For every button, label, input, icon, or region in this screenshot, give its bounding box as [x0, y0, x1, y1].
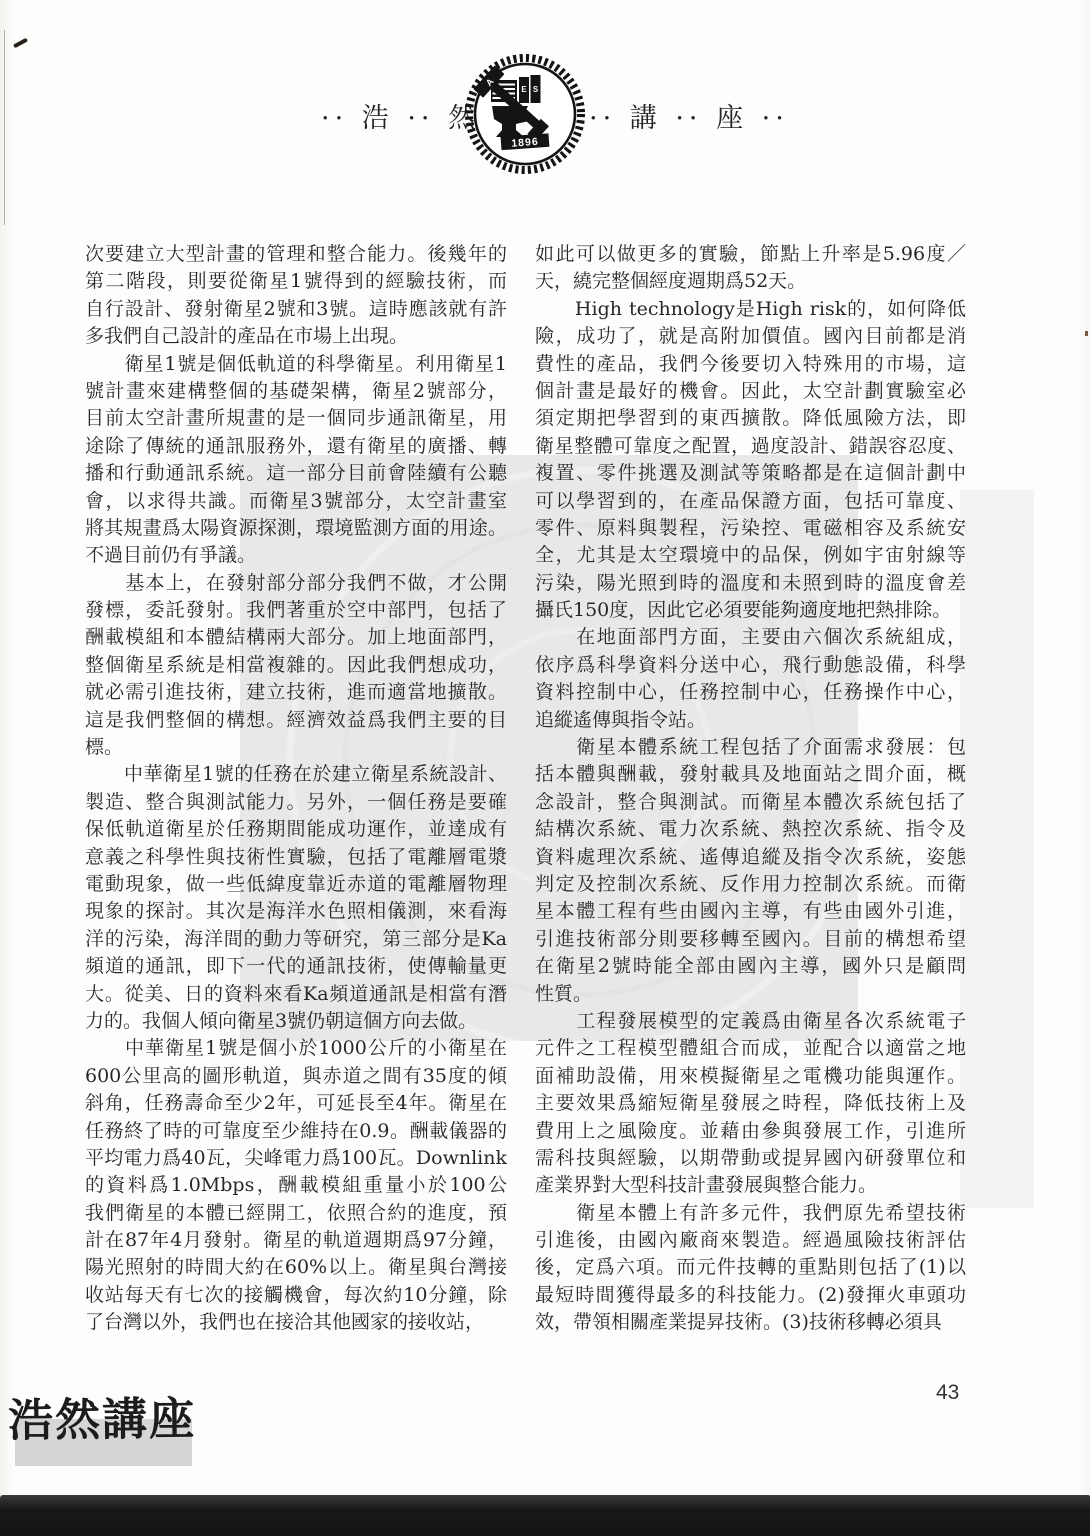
text-line: 斜角，任務壽命至少2年，可延長至4年。衛星在: [85, 1090, 507, 1117]
text-line: 力的。我個人傾向衛星3號仍朝這個方向去做。: [85, 1008, 507, 1035]
text-line: 追縱遙傳與指令站。: [535, 707, 966, 734]
text-line: 攝氏150度，因此它必須要能夠適度地把熱排除。: [535, 597, 966, 624]
watermark-right-strip: [960, 490, 1034, 1208]
text-line: 需科技與經驗，以期帶動或提昇國內研發單位和: [535, 1145, 966, 1172]
scanned-page: ·· 浩 ·· 然 ·· E S A: [0, 0, 1090, 1536]
text-line: 收站每天有七次的接觸機會，每次約10分鐘，除: [85, 1282, 507, 1309]
scan-edge-line: [4, 30, 5, 225]
text-line: 就必需引進技術，建立技術，進而適當地擴散。: [85, 679, 507, 706]
series-title-right: ·· 講 ·· 座 ··: [589, 96, 789, 135]
text-line: 陽光照射的時間大約在60%以上。衛星與台灣接: [85, 1254, 507, 1281]
text-line: 整個衛星系統是相當複雜的。因此我們想成功，: [85, 652, 507, 679]
text-line: 自行設計、發射衛星2號和3號。這時應該就有許: [85, 296, 507, 323]
text-line: 製造、整合與測試能力。另外，一個任務是要確: [85, 789, 507, 816]
seal-svg: E S A 1896: [462, 51, 588, 177]
text-line: 衛星本體系統工程包括了介面需求發展：包: [535, 734, 966, 761]
text-line: 費性的產品，我們今後要切入特殊用的市場，這: [535, 351, 966, 378]
text-line: 在衛星2號時能全部由國內主導，國外只是顧問: [535, 953, 966, 980]
page-number: 43: [936, 1381, 959, 1405]
text-line: 產業界對大型科技計畫發展與整合能力。: [535, 1172, 966, 1199]
text-line: 號計畫來建構整個的基礎架構，衛星2號部分，: [85, 378, 507, 405]
text-line: 性質。: [535, 981, 966, 1008]
text-line: 結構次系統、電力次系統、熱控次系統、指令及: [535, 816, 966, 843]
text-line: 會，以求得共識。而衛星3號部分，太空計畫室: [85, 488, 507, 515]
text-line: 資料控制中心，任務控制中心，任務操作中心，: [535, 679, 966, 706]
text-line: 目前太空計畫所規畫的是一個同步通訊衛星，用: [85, 405, 507, 432]
text-line: 念設計，整合與測試。而衛星本體次系統包括了: [535, 789, 966, 816]
text-line: 第二階段，則要從衛星1號得到的經驗技術，而: [85, 268, 507, 295]
text-line: 播和行動通訊系統。這一部分目前會陸續有公聽: [85, 460, 507, 487]
text-line: 中華衛星1號的任務在於建立衛星系統設計、: [85, 761, 507, 788]
text-line: 頻道的通訊，即下一代的通訊技術，使傳輸量更: [85, 953, 507, 980]
text-line: 依序爲科學資料分送中心，飛行動態設備，科學: [535, 652, 966, 679]
society-seal-logo: E S A 1896: [462, 51, 588, 177]
book-letter-s: S: [533, 85, 539, 94]
text-line: 星本體工程有些由國內主導，有些由國外引進，: [535, 898, 966, 925]
text-line: 中華衛星1號是個小於1000公斤的小衛星在: [85, 1035, 507, 1062]
text-line: 污染，陽光照到時的溫度和未照到時的溫度會差: [535, 570, 966, 597]
text-line: 衛星整體可靠度之配置，過度設計、錯誤容忍度、: [535, 433, 966, 460]
pen-mark: [13, 38, 28, 49]
text-line: 酬載模組和本體結構兩大部分。加上地面部門，: [85, 624, 507, 651]
text-line: 基本上，在發射部分部分我們不做，才公開: [85, 570, 507, 597]
text-line: 標。: [85, 734, 507, 761]
text-line: 費用上之風險度。並藉由參與發展工作，引進所: [535, 1118, 966, 1145]
text-line: 全，尤其是太空環境中的品保，例如宇宙射線等: [535, 542, 966, 569]
text-line: 意義之科學性與技術性實驗，包括了電離層電漿: [85, 844, 507, 871]
text-line: 工程發展模型的定義爲由衛星各次系統電子: [535, 1008, 966, 1035]
text-line: 發標，委託發射。我們著重於空中部門，包括了: [85, 597, 507, 624]
text-line: 這是我們整個的構想。經濟效益爲我們主要的目: [85, 707, 507, 734]
text-line: 引進技術部分則要移轉至國內。目前的構想希望: [535, 926, 966, 953]
text-column-left: 次要建立大型計畫的管理和整合能力。後幾年的第二階段，則要從衛星1號得到的經驗技術…: [85, 241, 507, 1337]
text-line: 在地面部門方面，主要由六個次系統組成，: [535, 624, 966, 651]
text-line: 面補助設備，用來模擬衛星之電機功能與運作。: [535, 1063, 966, 1090]
text-line: 了台灣以外，我們也在接洽其他國家的接收站，: [85, 1309, 507, 1336]
text-line: 多我們自己設計的產品在市場上出現。: [85, 323, 507, 350]
text-line: 險，成功了，就是高附加價值。國內目前都是消: [535, 323, 966, 350]
text-line: 個計畫是最好的機會。因此，太空計劃實驗室必: [535, 378, 966, 405]
text-column-right: 如此可以做更多的實驗，節點上升率是5.96度／天，繞完整個經度週期爲52天。 H…: [535, 241, 966, 1337]
text-line: 次要建立大型計畫的管理和整合能力。後幾年的: [85, 241, 507, 268]
text-line: 如此可以做更多的實驗，節點上升率是5.96度／: [535, 241, 966, 268]
text-line: 衛星1號是個低軌道的科學衛星。利用衛星1: [85, 351, 507, 378]
text-line: 最短時間獲得最多的科技能力。(2)發揮火車頭功: [535, 1282, 966, 1309]
scan-speck: [1085, 331, 1088, 336]
text-line: 大。從美、日的資料來看Ka頻道通訊是相當有潛: [85, 981, 507, 1008]
text-line: 600公里高的圖形軌道，與赤道之間有35度的傾: [85, 1063, 507, 1090]
text-line: 現象的探討。其次是海洋水色照相儀測，來看海: [85, 898, 507, 925]
text-line: 判定及控制次系統、反作用力控制次系統。而衛: [535, 871, 966, 898]
scan-bottom-bar: [0, 1495, 1090, 1536]
text-line: 資料處理次系統、遙傳追縱及指令次系統，姿態: [535, 844, 966, 871]
text-line: 天，繞完整個經度週期爲52天。: [535, 268, 966, 295]
text-line: 計在87年4月發射。衛星的軌道週期爲97分鐘，: [85, 1227, 507, 1254]
text-line: 複置、零件挑選及測試等策略都是在這個計劃中: [535, 460, 966, 487]
book-letter-e: E: [521, 85, 527, 94]
text-line: High technology是High risk的，如何降低風: [535, 296, 966, 323]
text-line: 主要效果爲縮短衛星發展之時程，降低技術上及: [535, 1090, 966, 1117]
text-line: 將其規畫爲太陽資源探測，環境監測方面的用途。: [85, 515, 507, 542]
text-line: 須定期把學習到的東西擴散。降低風險方法，即: [535, 405, 966, 432]
text-line: 平均電力爲40瓦，尖峰電力爲100瓦。Downlink: [85, 1145, 507, 1172]
text-line: 零件、原料與製程，污染控、電磁相容及系統安: [535, 515, 966, 542]
text-line: 後，定爲六項。而元件技轉的重點則包括了(1)以: [535, 1254, 966, 1281]
text-line: 元件之工程模型體組合而成，並配合以適當之地: [535, 1035, 966, 1062]
text-line: 引進後，由國內廠商來製造。經過風險技術評估: [535, 1227, 966, 1254]
footer-calligraphy: 浩然講座: [8, 1382, 197, 1449]
text-line: 可以學習到的，在產品保證方面，包括可靠度、: [535, 488, 966, 515]
text-line: 括本體與酬載，發射載具及地面站之間介面，概: [535, 761, 966, 788]
text-line: 途除了傳統的通訊服務外，還有衛星的廣播、轉: [85, 433, 507, 460]
text-line: 的資料爲1.0Mbps，酬載模組重量小於100公斤，: [85, 1172, 507, 1199]
text-line: 我們衛星的本體已經開工，依照合約的進度，預: [85, 1200, 507, 1227]
text-line: 不過目前仍有爭議。: [85, 542, 507, 569]
text-line: 電動現象，做一些低緯度靠近赤道的電離層物理: [85, 871, 507, 898]
text-line: 衛星本體上有許多元件，我們原先希望技術: [535, 1200, 966, 1227]
text-line: 效，帶領相關產業提昇技術。(3)技術移轉必須具: [535, 1309, 966, 1336]
logo-year: 1896: [511, 136, 539, 150]
text-line: 任務終了時的可靠度至少維持在0.9。酬載儀器的: [85, 1118, 507, 1145]
text-line: 洋的污染，海洋間的動力等研究，第三部分是Ka: [85, 926, 507, 953]
text-line: 保低軌道衛星於任務期間能成功運作，並達成有: [85, 816, 507, 843]
